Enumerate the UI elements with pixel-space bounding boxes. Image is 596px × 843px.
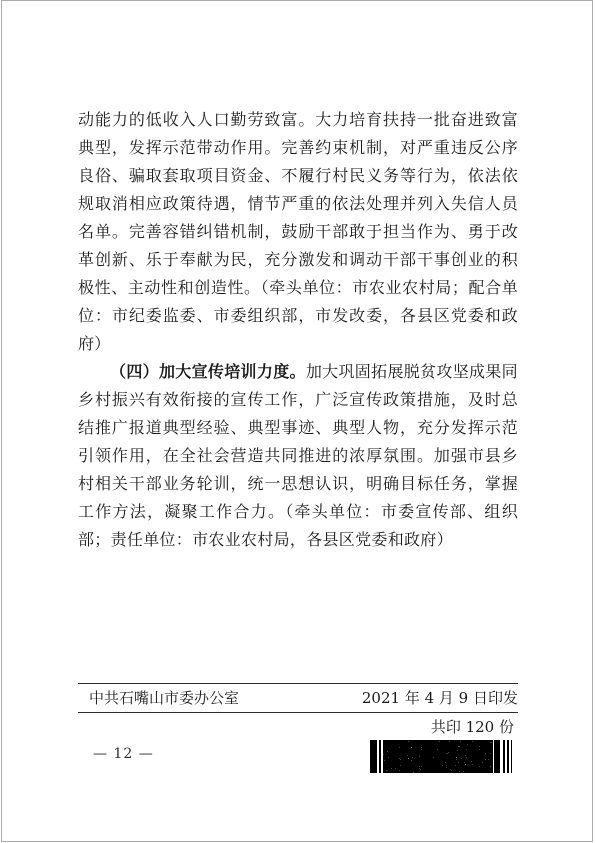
copies-count-label: 共印 120 份 (431, 716, 514, 737)
document-body: 动能力的低收入人口勤劳致富。大力培育扶持一批奋进致富典型，发挥示范带动作用。完善… (78, 106, 518, 554)
body-paragraph-continuation: 动能力的低收入人口勤劳致富。大力培育扶持一批奋进致富典型，发挥示范带动作用。完善… (78, 106, 518, 358)
page-number-label: — 12 — (93, 746, 154, 762)
issuing-office-label: 中共石嘴山市委办公室 (78, 687, 239, 708)
section-text: 加大巩固拓展脱贫攻坚成果同乡村振兴有效衔接的宣传工作，广泛宣传政策措施，及时总结… (78, 362, 518, 549)
footer-imprint-row: 中共石嘴山市委办公室 2021 年 4 月 9 日印发 (78, 684, 518, 711)
print-barcode-icon (370, 740, 515, 773)
print-date-label: 2021 年 4 月 9 日印发 (362, 687, 518, 708)
footer-divider-bottom (78, 712, 518, 713)
section-heading: （四）加大宣传培训力度。 (110, 362, 306, 381)
barcode-graphic (370, 740, 515, 773)
section-paragraph: （四）加大宣传培训力度。加大巩固拓展脱贫攻坚成果同乡村振兴有效衔接的宣传工作，广… (78, 358, 518, 554)
